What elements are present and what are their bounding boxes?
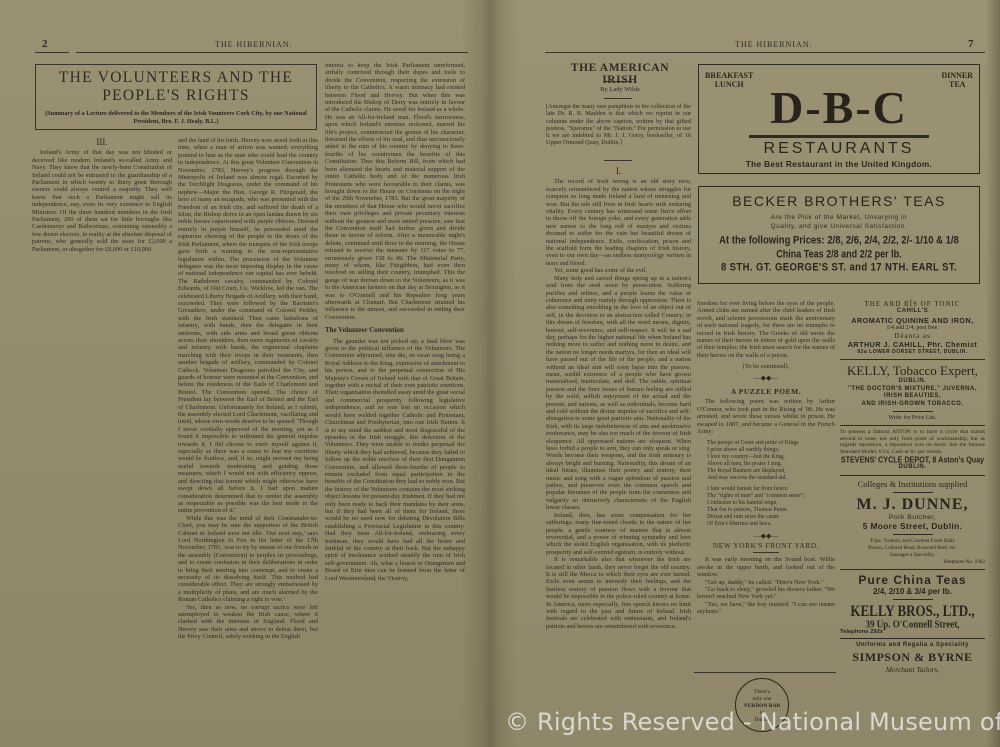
head-rule [35,52,69,53]
paragraph: It was early morning on the Sound boat. … [697,556,835,578]
dunne-colleges: Colleges & Institutions supplied [840,479,985,489]
page-number: 7 [968,38,974,50]
dbc-name: RESTAURANTS [699,140,979,158]
poem-stanza-2: I fain would banish far from hence The "… [707,486,835,528]
stevens-name: STEVENS' CYCLE DEPOT, 8 Aston's Quay [840,455,985,465]
paragraph: The record of Irish wrong is an old stor… [546,178,691,267]
column-1: III. Ireland's Army of that day was not … [32,137,172,737]
column-3: interest to keep the Irish Parliament un… [325,62,465,742]
paragraph: Ireland, then, has some compensation for… [546,512,691,556]
article-intro: [Amongst the many rare pamphlets in the … [546,103,691,147]
paragraph: Yes, then as now, no corrupt tactics wer… [178,604,318,641]
section-number: III. [32,139,172,146]
subheading: The Volunteer Convention [325,327,465,334]
poem-line: I love my country—but the King, [707,454,835,461]
poem-line: The Royal Banners are displayed, [707,468,835,475]
head-rule [76,52,468,53]
paragraph: Many holy and sacred things spring up in… [546,275,691,512]
cahill-price: 1/4 and 2/4, post free. [840,325,985,332]
ad-text: DINNER [941,71,973,80]
byline: By Lady Wilde [555,86,685,93]
divider [604,81,632,82]
logo-rule [749,135,929,138]
cahill-gaelic: THE ARD RÍS OF TONIC [840,300,985,308]
divider [694,672,836,673]
dunne-line: Brawn, Collared Head, Brawned Beef, etc. [840,545,985,552]
kelly-products: AND IRISH-GROWN TOBACCO. [840,401,985,409]
paragraph: and the land of his birth. Hervey now st… [178,137,318,515]
stevens-body: To possess a famous ASTON is to have a c… [840,429,985,455]
page-number: 2 [42,38,48,50]
newspaper-spread: 2 THE HIBERNIAN. THE VOLUNTEERS AND THE … [0,0,1000,747]
ornament-divider: —◆◆— [697,375,835,382]
paragraph: interest to keep the Irish Parliament un… [325,62,465,321]
ad-divider [893,492,933,493]
nyfy-title: NEW YORK'S FRONT YARD. [697,542,835,549]
poem-line: Defeat and ruin seize the cause [707,514,835,521]
copyright-watermark: © Rights Reserved - National Museum of I… [505,708,1000,736]
paragraph: "Go back to sleep," growled his drowsy f… [697,586,835,601]
ad-text: BREAKFAST [705,71,753,80]
pure-china-price: 2/4, 2/10 & 3/4 per lb. [840,587,985,596]
kelly-products: "THE DOCTOR'S MIXTURE," JUVERNA, [840,386,985,394]
ad-text: Are the Pick of the Market, Unvarying in [699,214,979,223]
ad-text: There's [736,689,788,696]
kelly-bros-address: 39 Up. O'Connell Street, [840,618,985,630]
poem-line: The "rights of man" and "common sense"; [707,493,835,500]
dunne-name: M. J. DUNNE, [840,496,985,514]
ad-text: only one [736,696,788,703]
divider [604,98,632,99]
poem-line: I fain would banish far from hence [707,486,835,493]
paragraph: The gauntlet was not picked up; a fatal … [325,338,465,582]
column-2: freedom for ever living before the eyes … [697,300,835,680]
section-number: I. [546,168,691,175]
ad-divider [893,599,933,600]
dunne-trade: Pork Butcher, [840,514,985,522]
becker-desc: Are the Pick of the Market, Unvarying in… [699,214,979,231]
ad-divider [840,359,985,360]
paragraph: "Get up, daddy," he called. "Here's New … [697,579,835,586]
cahill-address: 82a LOWER DORSET STREET, DUBLIN. [840,349,985,357]
article-title-box: THE VOLUNTEERS AND THE PEOPLE'S RIGHTS (… [35,64,317,130]
poem-line: Of Erin's liberties and laws. [707,521,835,528]
kelly-bros-tel: Telephone 292x [840,629,985,635]
paragraph: "Yes, we have," the boy insisted. "I can… [697,601,835,616]
simpson-tagline: Uniforms and Regalia a Speciality [840,642,985,650]
becker-name: BECKER BROTHERS' TEAS [699,193,979,209]
ad-text: Quality, and give Universal Satisfaction… [699,223,979,232]
pure-china-name: Pure China Teas [840,573,985,587]
ad-divider [840,638,985,639]
dunne-line: Sausages a Speciality. [840,552,985,559]
ornament-divider: —◆◆— [697,533,835,540]
kelly-note: Write for Price List. [840,415,985,422]
becker-china: China Teas 2/8 and 2/2 per lb. [699,248,979,260]
cahill-product: AROMATIC QUININE AND IRON, [840,316,985,325]
ad-divider [893,534,933,535]
paragraph: It is remarkable also that whenever the … [546,556,691,630]
poem-line: The pomps of Court and pride of Kings [707,440,835,447]
column-2: and the land of his birth. Hervey now st… [178,137,318,737]
dbc-restaurants-ad: BREAKFAST LUNCH DINNER TEA D-B-C RESTAUR… [698,64,980,174]
simpson-name: SIMPSON & BYRNE [840,650,985,665]
dunne-tel: Telephone No. 1062 [840,559,985,566]
article-title: THE VOLUNTEERS AND THE PEOPLE'S RIGHTS [42,69,310,105]
poem-stanza-1: The pomps of Court and pride of Kings I … [707,440,835,482]
kelly-city: DUBLIN. [840,378,985,386]
puzzle-title: A PUZZLE POEM. [697,388,835,395]
becker-prices: At the following Prices: 2/8, 2/6, 2/4, … [699,234,979,247]
cahill-chemist: ARTHUR J. CAHILL, Phr. Chemist [840,340,985,349]
ad-divider [893,411,933,412]
kelly-name: KELLY, Tobacco Expert, [840,363,985,378]
running-head: THE HIBERNIAN. [735,40,813,49]
kelly-products: IRISH BEAUTIES, [840,393,985,401]
column-1: I. The record of Irish wrong is an old s… [546,166,691,711]
divider [604,160,632,161]
poem-line: Above all men, his praise I sing. [707,461,835,468]
poem-line: I prize above all earthly things; [707,447,835,454]
running-head: THE HIBERNIAN. [215,40,293,49]
poem-line: Confusion to his hateful reign, [707,500,835,507]
paragraph: Ireland's Army of that day was not blind… [32,149,172,253]
left-page: 2 THE HIBERNIAN. THE VOLUNTEERS AND THE … [0,0,478,747]
paragraph: While this was the mind of their Command… [178,515,318,604]
head-rule [545,52,985,53]
becker-address: 8 STH. GT. GEORGE'S ST. and 17 NTH. EARL… [699,261,979,274]
dunne-address: 5 Moore Street, Dublin. [840,521,985,531]
cahill-brand: CAHILL'S [840,308,985,316]
page-edge-shadow [986,0,1000,747]
ad-divider [840,475,985,476]
paragraph: The following poem was written by Arthur… [697,398,835,435]
side-ads-column: THE ARD RÍS OF TONIC CAHILL'S AROMATIC Q… [840,300,985,674]
article-subtitle: (Summary of a Lecture delivered to the M… [42,110,310,126]
continued-note: [To be continued]. [697,363,835,370]
dbc-tagline: The Best Restaurant in the United Kingdo… [699,159,979,169]
poem-line: That foe to princes, Thomas Paine. [707,507,835,514]
ad-divider [840,425,985,426]
article-title: THE AMERICAN IRISH [555,62,685,86]
becker-teas-ad: BECKER BROTHERS' TEAS Are the Pick of th… [698,186,980,284]
divider [753,552,779,553]
stevens-city: DUBLIN. [840,464,985,472]
paragraph: Yet, some good has come of the evil. [546,267,691,274]
poem-line: And may success the standard aid. [707,475,835,482]
paragraph: freedom for ever living before the eyes … [697,300,835,359]
dbc-logo: D-B-C [699,83,979,133]
ad-divider [840,569,985,570]
simpson-trade: Merchant Tailors, [840,665,985,674]
cahill-gaelic-2: Déanta as [840,332,985,340]
